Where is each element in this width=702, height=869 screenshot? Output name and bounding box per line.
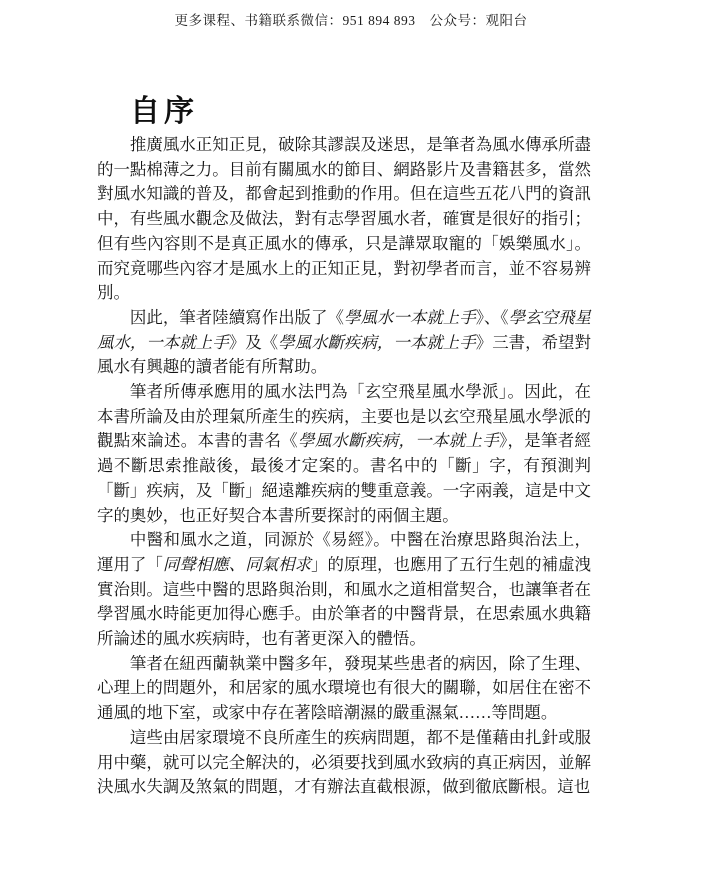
paragraph: 中醫和風水之道，同源於《易經》。中醫在治療思路與治法上，運用了「同聲相應、同氣相… <box>97 528 591 652</box>
book-title-run: 學風水一本就上手 <box>344 308 476 327</box>
paragraph: 筆者所傳承應用的風水法門為「玄空飛星風水學派」。因此，在本書所論及由於理氣所產生… <box>97 380 591 528</box>
text-run: 筆者在紐西蘭執業中醫多年，發現某些患者的病因，除了生理、心理上的問題外，和居家的… <box>97 654 591 722</box>
paragraph: 這些由居家環境不良所產生的疾病問題，都不是僅藉由扎針或服用中藥，就可以完全解決的… <box>97 726 591 800</box>
text-run: 推廣風水正知正見，破除其謬誤及迷思，是筆者為風水傳承所盡的一點棉薄之力。目前有關… <box>97 135 591 302</box>
book-title-run: 學風水斷疾病，一本就上手 <box>278 333 476 352</box>
text-run: 因此，筆者陸續寫作出版了《 <box>130 308 344 327</box>
preface-title: 自序 <box>130 86 198 130</box>
seller-watermark-header: 更多课程、书籍联系微信：951 894 893 公众号：观阳台 <box>0 9 702 29</box>
paragraph: 筆者在紐西蘭執業中醫多年，發現某些患者的病因，除了生理、心理上的問題外，和居家的… <box>97 652 591 726</box>
paragraph: 推廣風水正知正見，破除其謬誤及迷思，是筆者為風水傳承所盡的一點棉薄之力。目前有關… <box>97 133 591 306</box>
book-title-run: 同聲相應、同氣相求 <box>163 555 311 574</box>
text-run: 這些由居家環境不良所產生的疾病問題，都不是僅藉由扎針或服用中藥，就可以完全解決的… <box>97 728 591 796</box>
text-run: 》、《 <box>476 308 509 327</box>
book-page: 更多课程、书籍联系微信：951 894 893 公众号：观阳台 自序 推廣風水正… <box>0 0 702 869</box>
paragraph: 因此，筆者陸續寫作出版了《學風水一本就上手》、《學玄空飛星風水，一本就上手》及《… <box>97 306 591 380</box>
book-title-run: 學風水斷疾病，一本就上手 <box>298 431 499 450</box>
text-run: 》及《 <box>229 333 278 352</box>
preface-body: 推廣風水正知正見，破除其謬誤及迷思，是筆者為風水傳承所盡的一點棉薄之力。目前有關… <box>97 133 591 800</box>
